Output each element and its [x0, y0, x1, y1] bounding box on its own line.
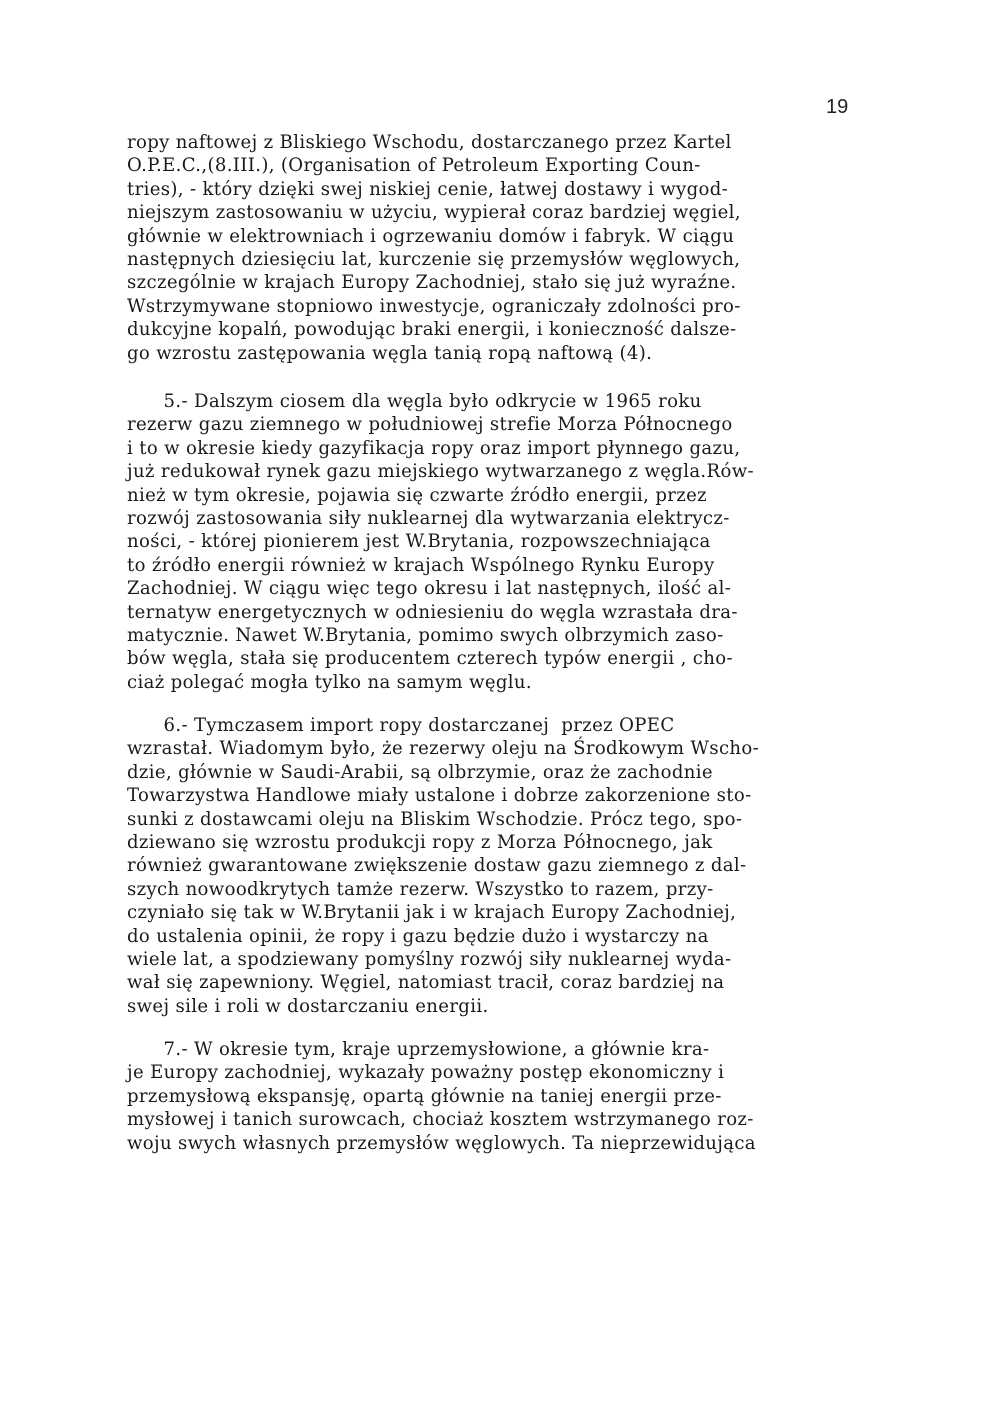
- text-line: do ustalenia opinii, że ropy i gazu będz…: [127, 925, 872, 948]
- text-line: 5.- Dalszym ciosem dla węgla było odkryc…: [127, 390, 872, 413]
- text-line: swej sile i roli w dostarczaniu energii.: [127, 995, 872, 1018]
- paragraph-section-6: 6.- Tymczasem import ropy dostarczanej p…: [127, 714, 877, 1018]
- text-line: szczególnie w krajach Europy Zachodniej,…: [127, 271, 872, 294]
- text-line: i to w okresie kiedy gazyfikacja ropy or…: [127, 437, 872, 460]
- text-line: następnych dziesięciu lat, kurczenie się…: [127, 248, 872, 271]
- paragraph-continuation: ropy naftowej z Bliskiego Wschodu, dosta…: [127, 131, 877, 365]
- text-line: rozwój zastosowania siły nuklearnej dla …: [127, 507, 872, 530]
- text-line: sunki z dostawcami oleju na Bliskim Wsch…: [127, 808, 872, 831]
- text-line: wał się zapewniony. Węgiel, natomiast tr…: [127, 971, 872, 994]
- text-line: tries), - który dzięki swej niskiej ceni…: [127, 178, 872, 201]
- text-line: dukcyjne kopalń, powodując braki energii…: [127, 318, 872, 341]
- text-line: to źródło energii również w krajach Wspó…: [127, 554, 872, 577]
- text-line: wzrastał. Wiadomym było, że rezerwy olej…: [127, 737, 872, 760]
- text-line: rezerw gazu ziemnego w południowej stref…: [127, 413, 872, 436]
- text-line: 7.- W okresie tym, kraje uprzemysłowione…: [127, 1038, 872, 1061]
- text-line: ternatyw energetycznych w odniesieniu do…: [127, 601, 872, 624]
- text-line: ności, - której pionierem jest W.Brytani…: [127, 530, 872, 553]
- text-line: O.P.E.C.,(8.III.), (Organisation of Petr…: [127, 154, 872, 177]
- text-line: niejszym zastosowaniu w użyciu, wypierał…: [127, 201, 872, 224]
- text-line: szych nowoodkrytych tamże rezerw. Wszyst…: [127, 878, 872, 901]
- text-line: Towarzystwa Handlowe miały ustalone i do…: [127, 784, 872, 807]
- text-line: ciaż polegać mogła tylko na samym węglu.: [127, 671, 872, 694]
- text-line: 6.- Tymczasem import ropy dostarczanej p…: [127, 714, 872, 737]
- text-line: dzie, głównie w Saudi-Arabii, są olbrzym…: [127, 761, 872, 784]
- text-line: je Europy zachodniej, wykazały poważny p…: [127, 1061, 872, 1084]
- text-line: przemysłową ekspansję, opartą głównie na…: [127, 1085, 872, 1108]
- text-line: Zachodniej. W ciągu więc tego okresu i l…: [127, 577, 872, 600]
- text-line: już redukował rynek gazu miejskiego wytw…: [127, 460, 872, 483]
- page-number: 19: [826, 96, 848, 119]
- paragraph-section-7: 7.- W okresie tym, kraje uprzemysłowione…: [127, 1038, 877, 1155]
- text-line: głównie w elektrowniach i ogrzewaniu dom…: [127, 225, 872, 248]
- text-line: czyniało się tak w W.Brytanii jak i w kr…: [127, 901, 872, 924]
- text-line: matycznie. Nawet W.Brytania, pomimo swyc…: [127, 624, 872, 647]
- text-line: również gwarantowane zwiększenie dostaw …: [127, 854, 872, 877]
- paragraph-section-5: 5.- Dalszym ciosem dla węgla było odkryc…: [127, 390, 877, 694]
- text-line: bów węgla, stała się producentem czterec…: [127, 647, 872, 670]
- text-line: ropy naftowej z Bliskiego Wschodu, dosta…: [127, 131, 872, 154]
- text-line: dziewano się wzrostu produkcji ropy z Mo…: [127, 831, 872, 854]
- text-line: go wzrostu zastępowania węgla tanią ropą…: [127, 342, 872, 365]
- document-page: 19 ropy naftowej z Bliskiego Wschodu, do…: [0, 0, 1000, 1420]
- text-line: woju swych własnych przemysłów węglowych…: [127, 1132, 872, 1155]
- text-line: Wstrzymywane stopniowo inwestycje, ogran…: [127, 295, 872, 318]
- text-line: wiele lat, a spodziewany pomyślny rozwój…: [127, 948, 872, 971]
- text-line: mysłowej i tanich surowcach, chociaż kos…: [127, 1108, 872, 1131]
- text-line: nież w tym okresie, pojawia się czwarte …: [127, 484, 872, 507]
